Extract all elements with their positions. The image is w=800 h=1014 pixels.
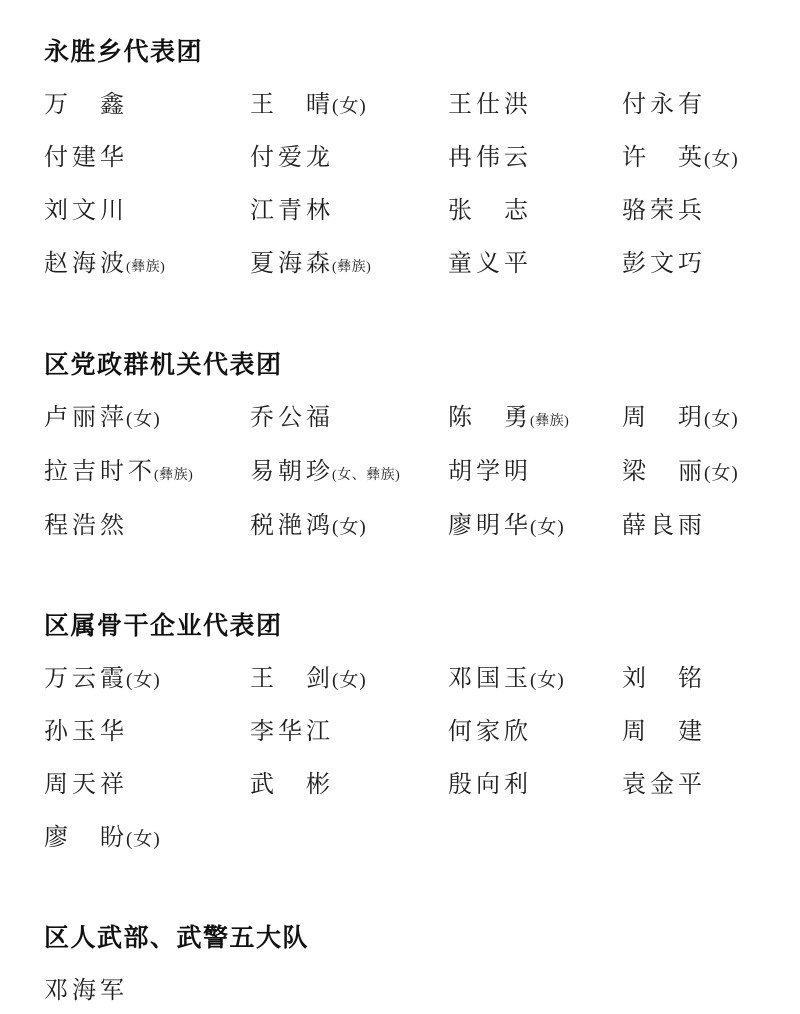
delegate-entry: 袁金平 [622, 770, 772, 803]
delegate-name: 武 彬 [250, 772, 334, 798]
delegate-name: 王仕洪 [448, 92, 532, 118]
name-row: 刘文川江青林张 志骆荣兵 [44, 196, 772, 229]
delegate-name: 廖 盼 [44, 825, 128, 851]
delegate-name: 张 志 [448, 198, 532, 224]
delegate-entry: 付建华 [44, 143, 250, 176]
name-row: 万 鑫王 晴(女)王仕洪付永有 [44, 90, 772, 123]
delegate-name: 易朝珍 [250, 459, 334, 485]
name-row: 程浩然税滟鸿(女)廖明华(女)薛良雨 [44, 511, 772, 544]
delegate-name: 殷向利 [448, 772, 532, 798]
delegate-entry: 武 彬 [250, 770, 448, 803]
delegate-name: 刘文川 [44, 198, 128, 224]
delegate-entry: 许 英(女) [622, 143, 772, 176]
document-page: 永胜乡代表团万 鑫王 晴(女)王仕洪付永有付建华付爱龙冉伟云许 英(女)刘文川江… [0, 0, 800, 1014]
name-row: 拉吉时不(彝族)易朝珍(女、彝族)胡学明梁 丽(女) [44, 457, 772, 491]
delegate-name: 周天祥 [44, 772, 128, 798]
delegate-entry: 彭文巧 [622, 249, 772, 283]
ethnic-note: (彝族) [332, 260, 371, 275]
delegate-name: 冉伟云 [448, 145, 532, 171]
gender-note: (女) [126, 829, 161, 850]
delegate-name: 王 剑 [250, 666, 334, 692]
delegate-entry: 付爱龙 [250, 143, 448, 176]
delegate-name: 王 晴 [250, 92, 334, 118]
name-row: 邓海军 [44, 976, 772, 1009]
ethnic-note: (彝族) [126, 260, 165, 275]
delegate-entry: 周 玥(女) [622, 403, 772, 437]
delegate-entry: 卢丽萍(女) [44, 403, 250, 437]
name-row: 廖 盼(女) [44, 823, 772, 856]
delegate-name: 拉吉时不 [44, 459, 156, 485]
section-title: 区属骨干企业代表团 [44, 612, 772, 640]
delegation-section: 区党政群机关代表团卢丽萍(女)乔公福陈 勇(彝族)周 玥(女)拉吉时不(彝族)易… [44, 351, 772, 544]
delegate-entry: 周天祥 [44, 770, 250, 803]
section-title: 区人武部、武警五大队 [44, 924, 772, 952]
delegate-entry: 薛良雨 [622, 511, 772, 544]
delegate-name: 乔公福 [250, 405, 334, 431]
delegate-entry: 骆荣兵 [622, 196, 772, 229]
name-row: 卢丽萍(女)乔公福陈 勇(彝族)周 玥(女) [44, 403, 772, 437]
gender-ethnic-note: (女、彝族) [332, 468, 400, 483]
delegate-name: 彭文巧 [622, 251, 706, 277]
gender-note: (女) [530, 517, 565, 538]
gender-note: (女) [530, 670, 565, 691]
delegate-entry: 程浩然 [44, 511, 250, 544]
delegate-entry: 乔公福 [250, 403, 448, 437]
delegate-entry: 李华江 [250, 717, 448, 750]
delegate-entry: 胡学明 [448, 457, 622, 491]
delegate-entry: 殷向利 [448, 770, 622, 803]
name-row: 周天祥武 彬殷向利袁金平 [44, 770, 772, 803]
gender-note: (女) [126, 670, 161, 691]
delegate-entry: 易朝珍(女、彝族) [250, 457, 448, 491]
delegate-entry: 邓国玉(女) [448, 664, 622, 697]
ethnic-note: (彝族) [530, 414, 569, 429]
delegate-name: 周 建 [622, 719, 706, 745]
delegate-entry: 万 鑫 [44, 90, 250, 123]
delegate-entry: 刘文川 [44, 196, 250, 229]
delegate-name: 孙玉华 [44, 719, 128, 745]
delegate-entry: 夏海森(彝族) [250, 249, 448, 283]
delegate-name: 袁金平 [622, 772, 706, 798]
delegate-name: 江青林 [250, 198, 334, 224]
delegate-entry: 付永有 [622, 90, 772, 123]
section-title: 区党政群机关代表团 [44, 351, 772, 379]
delegate-name: 付建华 [44, 145, 128, 171]
delegate-name: 周 玥 [622, 405, 706, 431]
delegate-name: 赵海波 [44, 251, 128, 277]
delegate-name: 卢丽萍 [44, 405, 128, 431]
delegate-name: 邓海军 [44, 978, 128, 1004]
gender-note: (女) [704, 409, 739, 430]
delegate-name: 邓国玉 [448, 666, 532, 692]
name-row: 孙玉华李华江何家欣周 建 [44, 717, 772, 750]
delegation-section: 区属骨干企业代表团万云霞(女)王 剑(女)邓国玉(女)刘 铭孙玉华李华江何家欣周… [44, 612, 772, 856]
delegate-name: 许 英 [622, 145, 706, 171]
delegate-entry: 万云霞(女) [44, 664, 250, 697]
delegate-entry: 梁 丽(女) [622, 457, 772, 491]
delegate-entry: 王仕洪 [448, 90, 622, 123]
delegate-name: 童义平 [448, 251, 532, 277]
delegate-entry: 拉吉时不(彝族) [44, 457, 250, 491]
delegate-name: 程浩然 [44, 513, 128, 539]
delegate-entry: 刘 铭 [622, 664, 772, 697]
delegate-name: 万 鑫 [44, 92, 128, 118]
delegate-name: 刘 铭 [622, 666, 706, 692]
delegate-name: 李华江 [250, 719, 334, 745]
delegate-entry: 张 志 [448, 196, 622, 229]
delegate-name: 何家欣 [448, 719, 532, 745]
delegate-entry: 税滟鸿(女) [250, 511, 448, 544]
delegate-entry: 赵海波(彝族) [44, 249, 250, 283]
section-title: 永胜乡代表团 [44, 38, 772, 66]
delegate-name: 付爱龙 [250, 145, 334, 171]
delegate-name: 胡学明 [448, 459, 532, 485]
delegate-name: 税滟鸿 [250, 513, 334, 539]
delegate-name: 陈 勇 [448, 405, 532, 431]
delegate-name: 薛良雨 [622, 513, 706, 539]
delegate-name: 廖明华 [448, 513, 532, 539]
delegate-entry: 冉伟云 [448, 143, 622, 176]
delegate-entry: 童义平 [448, 249, 622, 283]
delegate-entry: 江青林 [250, 196, 448, 229]
gender-note: (女) [332, 96, 367, 117]
delegate-name: 付永有 [622, 92, 706, 118]
delegate-entry: 王 晴(女) [250, 90, 448, 123]
gender-note: (女) [332, 517, 367, 538]
delegate-entry: 廖 盼(女) [44, 823, 250, 856]
delegation-section: 永胜乡代表团万 鑫王 晴(女)王仕洪付永有付建华付爱龙冉伟云许 英(女)刘文川江… [44, 38, 772, 283]
delegate-entry: 邓海军 [44, 976, 250, 1009]
gender-note: (女) [704, 149, 739, 170]
delegate-entry: 周 建 [622, 717, 772, 750]
delegate-entry: 王 剑(女) [250, 664, 448, 697]
delegate-entry: 陈 勇(彝族) [448, 403, 622, 437]
delegate-entry: 何家欣 [448, 717, 622, 750]
delegate-name: 夏海森 [250, 251, 334, 277]
name-row: 赵海波(彝族)夏海森(彝族)童义平彭文巧 [44, 249, 772, 283]
delegate-name: 梁 丽 [622, 459, 706, 485]
name-row: 付建华付爱龙冉伟云许 英(女) [44, 143, 772, 176]
gender-note: (女) [332, 670, 367, 691]
delegate-name: 万云霞 [44, 666, 128, 692]
ethnic-note: (彝族) [154, 468, 193, 483]
delegation-section: 区人武部、武警五大队邓海军 [44, 924, 772, 1009]
delegate-name: 骆荣兵 [622, 198, 706, 224]
delegate-entry: 孙玉华 [44, 717, 250, 750]
delegate-entry: 廖明华(女) [448, 511, 622, 544]
gender-note: (女) [704, 463, 739, 484]
gender-note: (女) [126, 409, 161, 430]
name-row: 万云霞(女)王 剑(女)邓国玉(女)刘 铭 [44, 664, 772, 697]
